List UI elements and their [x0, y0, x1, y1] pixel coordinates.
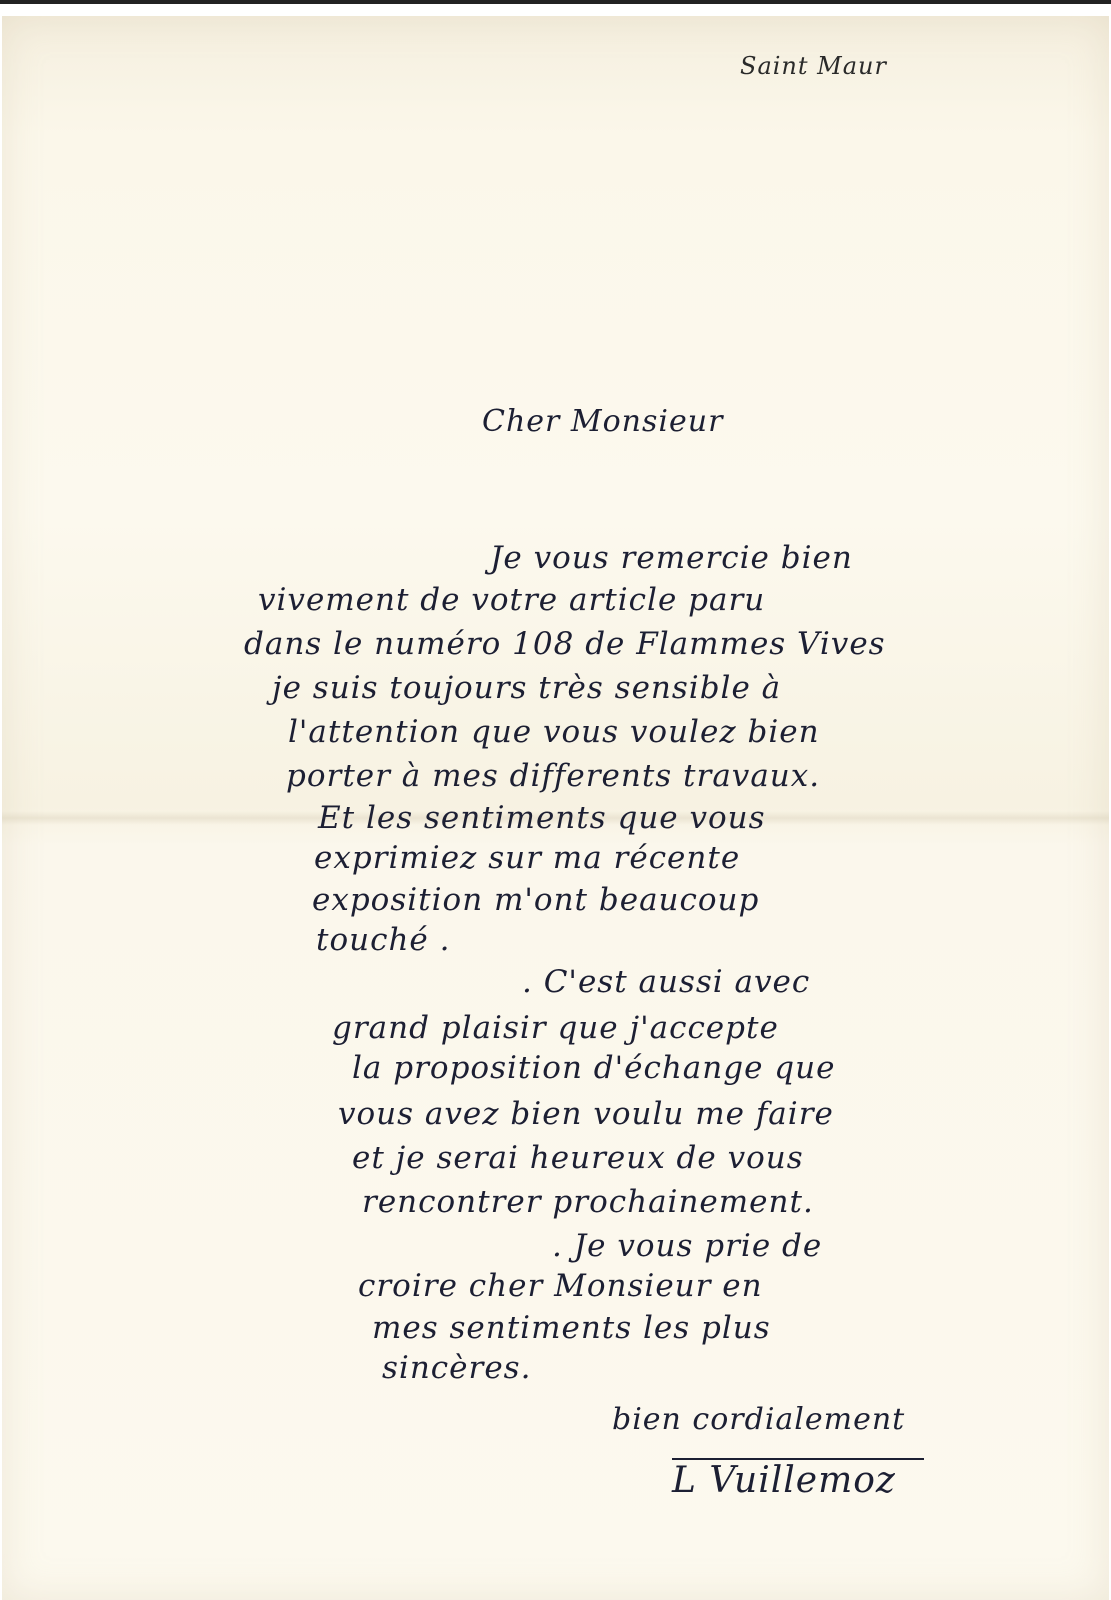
- body-line: l'attention que vous voulez bien: [288, 714, 820, 750]
- body-line: porter à mes differents travaux.: [286, 758, 820, 794]
- body-line: croire cher Monsieur en: [358, 1268, 763, 1304]
- letter-salutation: Cher Monsieur: [482, 404, 723, 439]
- body-line: et je serai heureux de vous: [352, 1140, 804, 1176]
- body-line: vivement de votre article paru: [258, 582, 765, 618]
- letter-place: Saint Maur: [740, 52, 887, 80]
- body-line: . Je vous prie de: [552, 1228, 822, 1264]
- body-line: Et les sentiments que vous: [318, 800, 766, 836]
- body-line: dans le numéro 108 de Flammes Vives: [244, 626, 886, 662]
- letter-closing: bien cordialement: [612, 1402, 905, 1437]
- body-line: Je vous remercie bien: [490, 540, 853, 576]
- scan-edge: [0, 0, 1111, 4]
- body-line: sincères.: [382, 1350, 531, 1386]
- body-line: vous avez bien voulu me faire: [338, 1096, 834, 1132]
- body-line: grand plaisir que j'accepte: [332, 1010, 779, 1046]
- body-line: rencontrer prochainement.: [362, 1184, 814, 1220]
- body-line: je suis toujours très sensible à: [272, 670, 781, 706]
- body-line: exposition m'ont beaucoup: [312, 882, 759, 918]
- body-line: . C'est aussi avec: [522, 964, 810, 1000]
- body-line: mes sentiments les plus: [372, 1310, 771, 1346]
- body-line: exprimiez sur ma récente: [314, 840, 740, 876]
- signature: L Vuillemoz: [672, 1458, 924, 1501]
- body-line: la proposition d'échange que: [352, 1050, 835, 1086]
- body-line: touché .: [316, 922, 450, 958]
